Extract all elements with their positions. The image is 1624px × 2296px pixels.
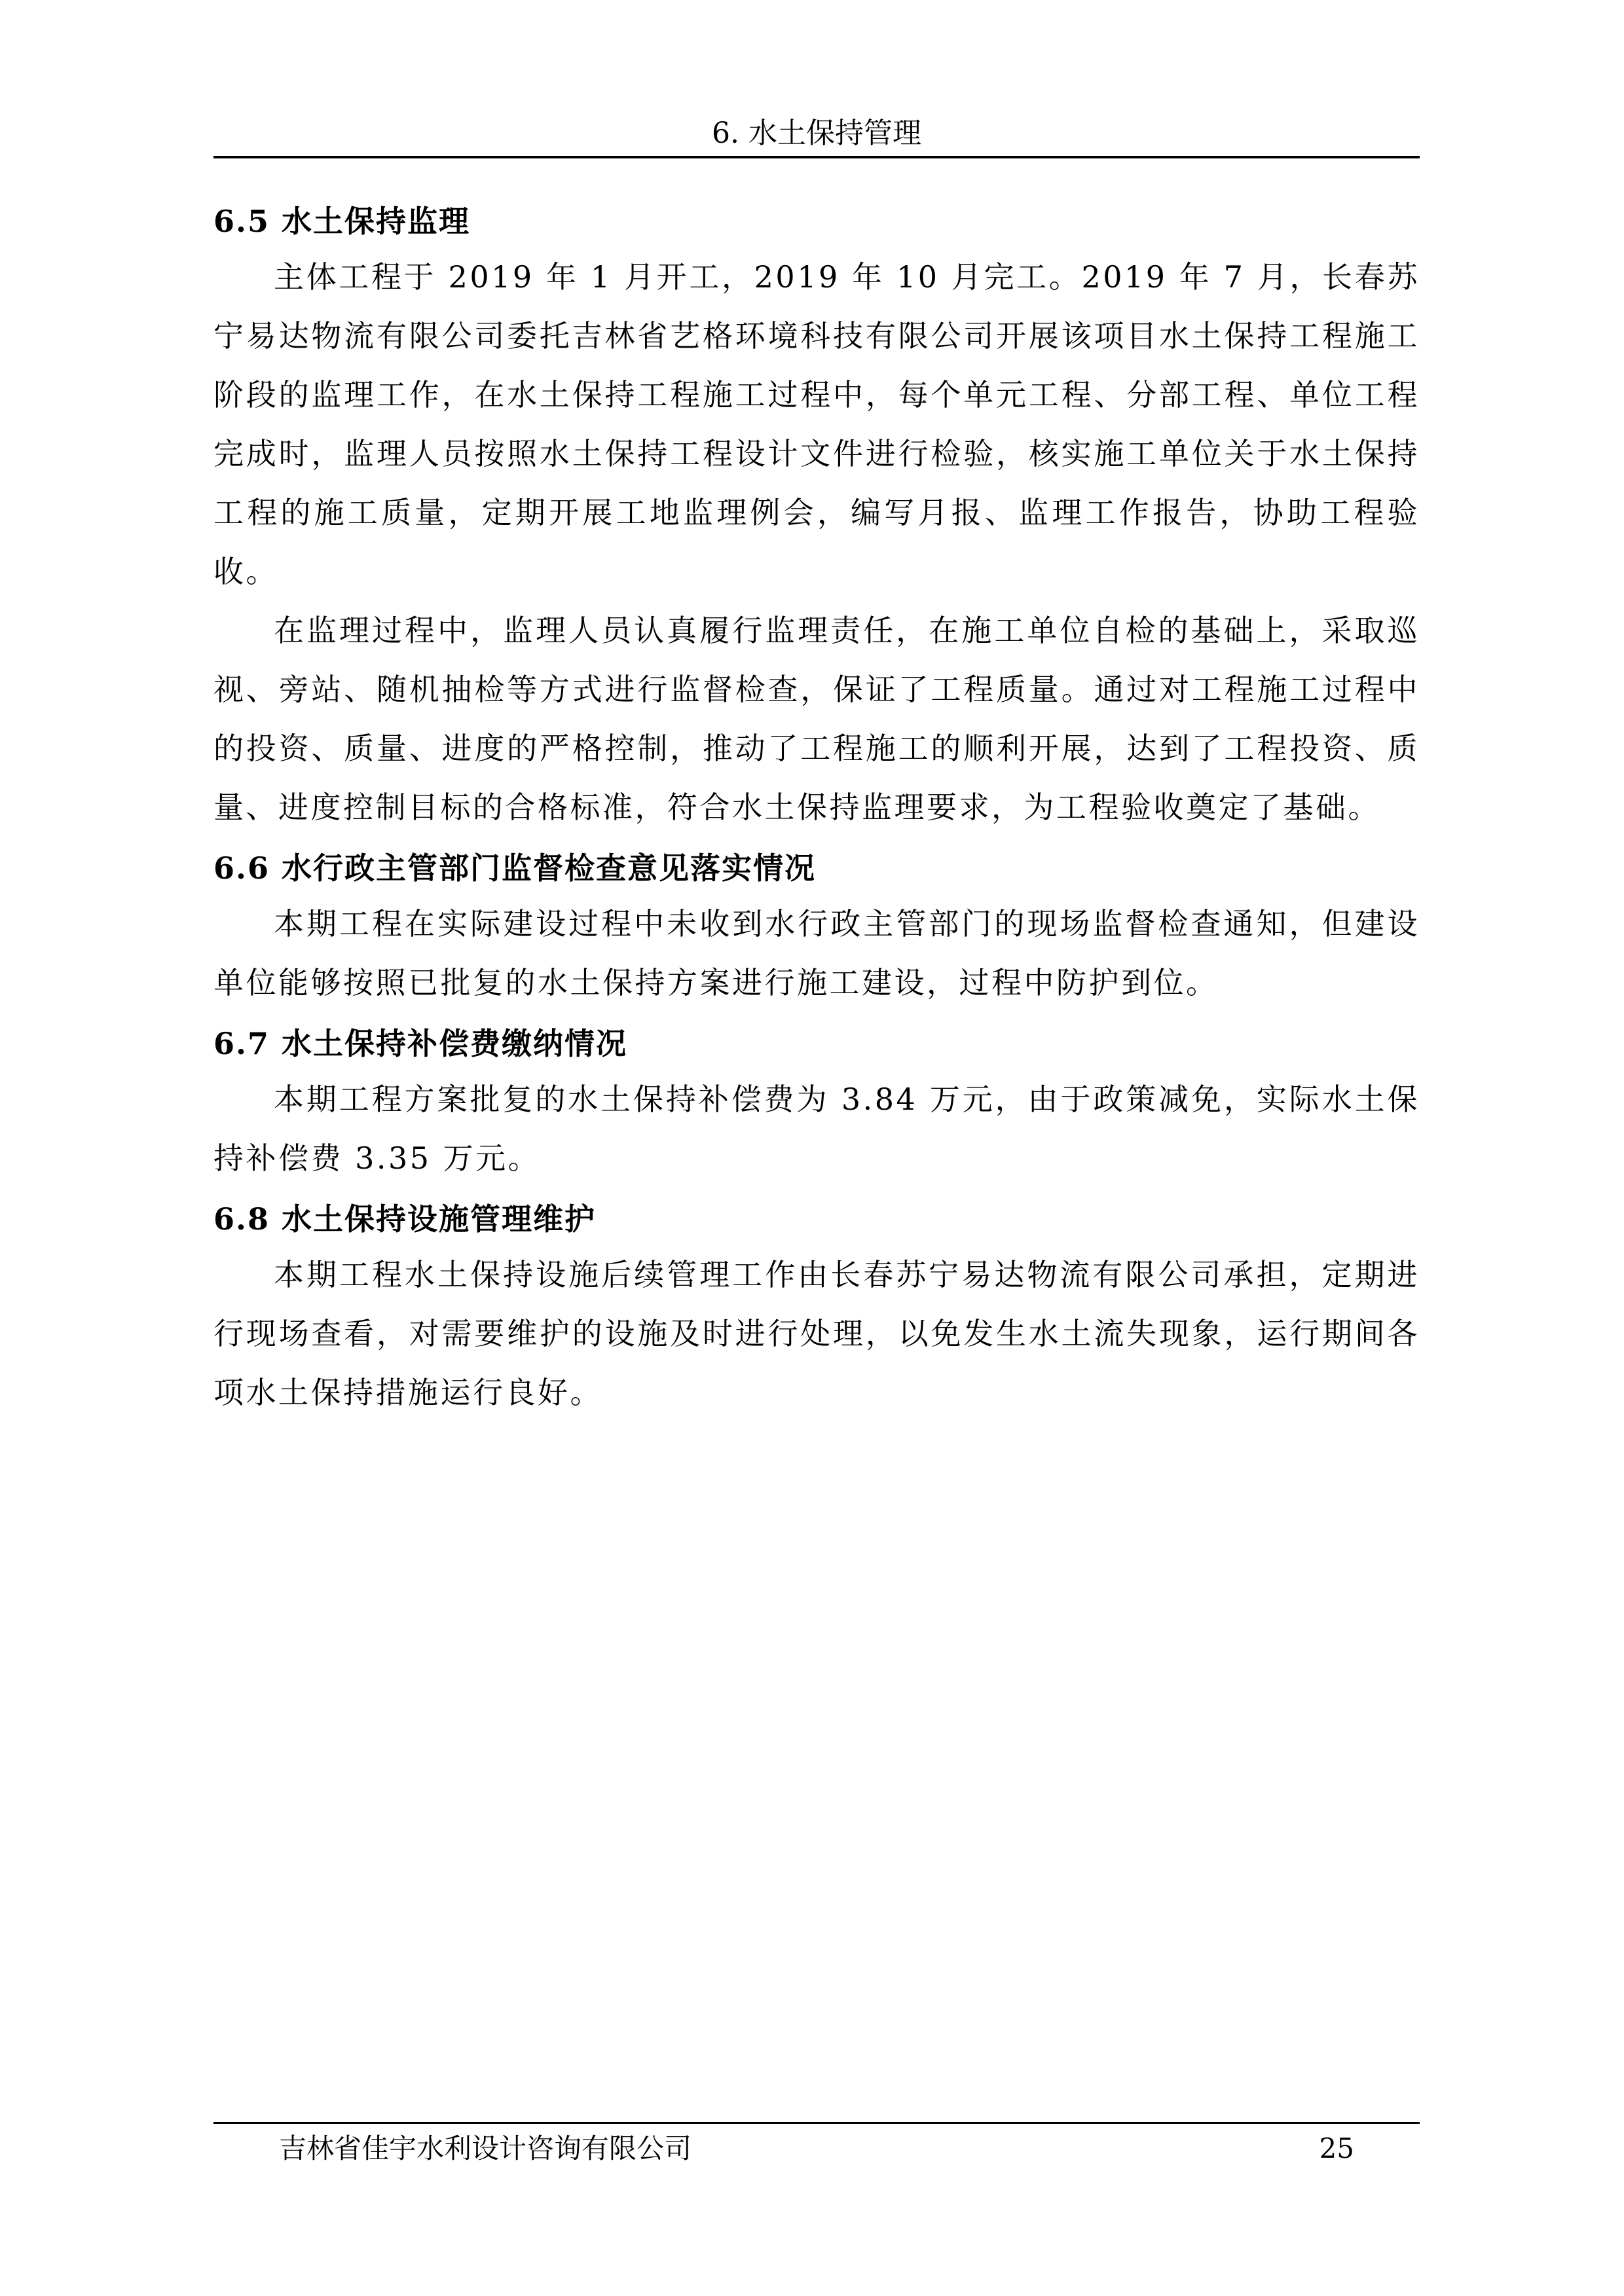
page-header: 6. 水土保持管理	[213, 110, 1420, 157]
page-footer: 吉林省佳宇水利设计咨询有限公司 25	[213, 2129, 1420, 2168]
paragraph: 主体工程于 2019 年 1 月开工，2019 年 10 月完工。2019 年 …	[213, 247, 1420, 601]
footer-company: 吉林省佳宇水利设计咨询有限公司	[279, 2129, 692, 2168]
document-body: 6.5 水土保持监理 主体工程于 2019 年 1 月开工，2019 年 10 …	[213, 190, 1420, 1422]
page-number: 25	[1319, 2129, 1354, 2168]
section-6-8: 6.8 水土保持设施管理维护 本期工程水土保持设施后续管理工作由长春苏宁易达物流…	[213, 1188, 1420, 1422]
section-heading: 6.8 水土保持设施管理维护	[213, 1188, 1420, 1245]
header-divider	[213, 156, 1420, 158]
paragraph: 本期工程水土保持设施后续管理工作由长春苏宁易达物流有限公司承担，定期进行现场查看…	[213, 1245, 1420, 1422]
section-6-6: 6.6 水行政主管部门监督检查意见落实情况 本期工程在实际建设过程中未收到水行政…	[213, 837, 1420, 1012]
section-6-7: 6.7 水土保持补偿费缴纳情况 本期工程方案批复的水土保持补偿费为 3.84 万…	[213, 1012, 1420, 1188]
section-6-5: 6.5 水土保持监理 主体工程于 2019 年 1 月开工，2019 年 10 …	[213, 190, 1420, 837]
paragraph: 本期工程在实际建设过程中未收到水行政主管部门的现场监督检查通知，但建设单位能够按…	[213, 894, 1420, 1012]
paragraph: 本期工程方案批复的水土保持补偿费为 3.84 万元，由于政策减免，实际水土保持补…	[213, 1070, 1420, 1188]
chapter-title: 6. 水土保持管理	[712, 117, 921, 150]
paragraph: 在监理过程中，监理人员认真履行监理责任，在施工单位自检的基础上，采取巡视、旁站、…	[213, 601, 1420, 837]
footer-divider	[213, 2122, 1420, 2124]
section-heading: 6.6 水行政主管部门监督检查意见落实情况	[213, 837, 1420, 894]
section-heading: 6.5 水土保持监理	[213, 190, 1420, 247]
section-heading: 6.7 水土保持补偿费缴纳情况	[213, 1012, 1420, 1070]
